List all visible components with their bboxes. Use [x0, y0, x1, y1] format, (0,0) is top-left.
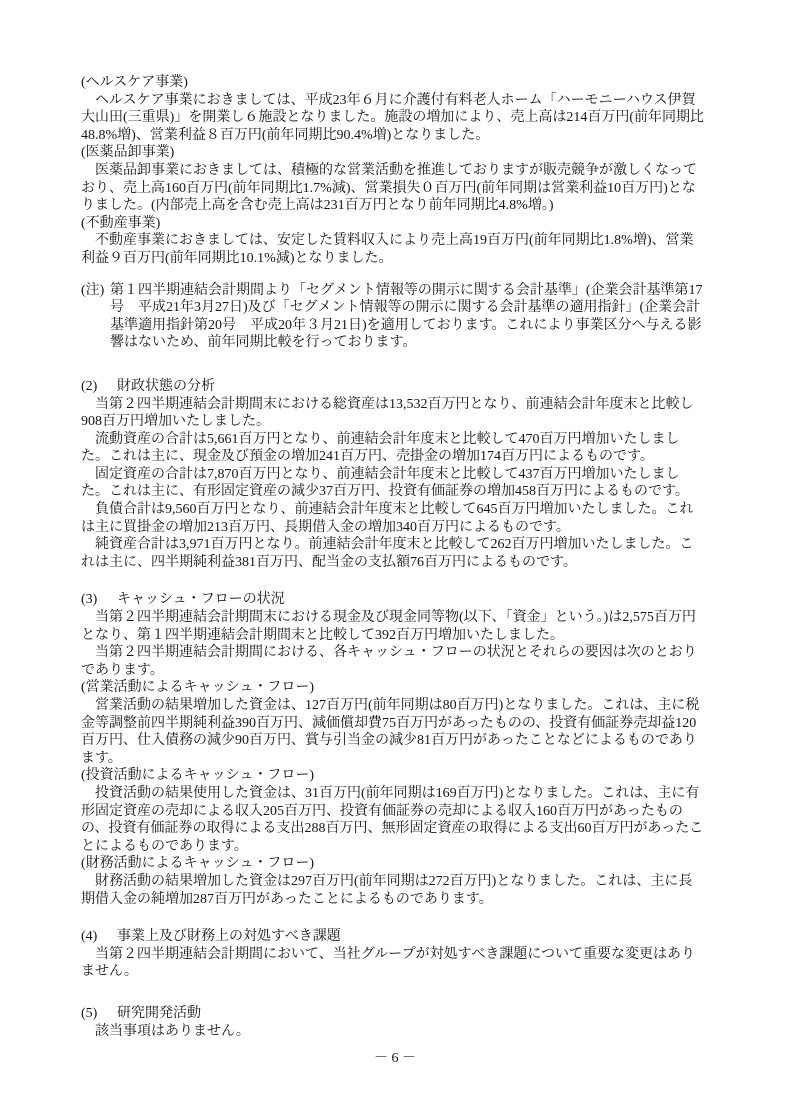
- section-title: 財政状態の分析: [117, 378, 215, 396]
- section-4-issues: (4) 事業上及び財務上の対処すべき課題 当第２四半期連結会計期間において、当社…: [81, 928, 705, 981]
- cashflow-body-investing: 投資活動の結果使用した資金は、31百万円(前年同期は169百万円)となりました。…: [81, 785, 705, 855]
- section-title: キャッシュ・フローの状況: [117, 591, 285, 609]
- section-paragraph: 負債合計は9,560百万円となり、前連結会計年度末と比較して645百万円増加いた…: [81, 501, 705, 536]
- section-2-financial-position: (2) 財政状態の分析 当第２四半期連結会計期間末における総資産は13,532百…: [81, 378, 705, 572]
- section-heading: (2) 財政状態の分析: [81, 378, 705, 396]
- segment-body-pharma-wholesale: 医薬品卸事業におきましては、積極的な営業活動を推進しておりますが販売競争が激しく…: [81, 162, 705, 215]
- section-paragraph: 純資産合計は3,971百万円となり。前連結会計年度末と比較して262百万円増加い…: [81, 536, 705, 571]
- note-label: (注): [81, 282, 110, 352]
- section-paragraph: 流動資産の合計は5,661百万円となり、前連結会計年度末と比較して470百万円増…: [81, 431, 705, 466]
- document-page: (ヘルスケア事業) ヘルスケア事業におきましては、平成23年６月に介護付有料老人…: [0, 0, 790, 1118]
- section-paragraph: 当第２四半期連結会計期間における、各キャッシュ・フローの状況とそれらの要因は次の…: [81, 644, 705, 679]
- section-3-cash-flow: (3) キャッシュ・フローの状況 当第２四半期連結会計期間末における現金及び現金…: [81, 591, 705, 908]
- note-block: (注) 第１四半期連結会計期間より「セグメント情報等の開示に関する会計基準」(企…: [81, 282, 705, 352]
- section-paragraph: 固定資産の合計は7,870百万円となり、前連結会計年度末と比較して437百万円増…: [81, 466, 705, 501]
- cashflow-body-financing: 財務活動の結果増加した資金は297百万円(前年同期は272百万円)となりました。…: [81, 873, 705, 908]
- section-number: (2): [81, 378, 105, 396]
- page-number: － 6 －: [0, 1050, 790, 1068]
- cashflow-body-operating: 営業活動の結果増加した資金は、127百万円(前年同期は80百万円)となりました。…: [81, 697, 705, 767]
- segment-heading-pharma-wholesale: (医薬品卸事業): [81, 144, 705, 162]
- segment-body-real-estate: 不動産事業におきましては、安定した賃料収入により売上高19百万円(前年同期比1.…: [81, 232, 705, 267]
- section-heading: (5) 研究開発活動: [81, 1005, 705, 1023]
- section-heading: (3) キャッシュ・フローの状況: [81, 591, 705, 609]
- note-body: 第１四半期連結会計期間より「セグメント情報等の開示に関する会計基準」(企業会計基…: [110, 282, 705, 352]
- cashflow-heading-investing: (投資活動によるキャッシュ・フロー): [81, 767, 705, 785]
- section-paragraph: 当第２四半期連結会計期間において、当社グループが対処すべき課題について重要な変更…: [81, 946, 705, 981]
- section-5-rd-activities: (5) 研究開発活動 該当事項はありません。: [81, 1005, 705, 1040]
- cashflow-heading-financing: (財務活動によるキャッシュ・フロー): [81, 855, 705, 873]
- segment-heading-real-estate: (不動産事業): [81, 215, 705, 233]
- cashflow-heading-operating: (営業活動によるキャッシュ・フロー): [81, 679, 705, 697]
- segment-heading-healthcare: (ヘルスケア事業): [81, 74, 705, 92]
- section-number: (5): [81, 1005, 105, 1023]
- section-heading: (4) 事業上及び財務上の対処すべき課題: [81, 928, 705, 946]
- section-title: 事業上及び財務上の対処すべき課題: [117, 928, 341, 946]
- section-paragraph: 当第２四半期連結会計期間末における現金及び現金同等物(以下、「資金」という。)は…: [81, 609, 705, 644]
- section-number: (3): [81, 591, 105, 609]
- section-title: 研究開発活動: [117, 1005, 201, 1023]
- segment-body-healthcare: ヘルスケア事業におきましては、平成23年６月に介護付有料老人ホーム「ハーモニーハ…: [81, 92, 705, 145]
- section-paragraph: 当第２四半期連結会計期間末における総資産は13,532百万円となり、前連結会計年…: [81, 396, 705, 431]
- section-number: (4): [81, 928, 105, 946]
- section-paragraph: 該当事項はありません。: [81, 1023, 705, 1041]
